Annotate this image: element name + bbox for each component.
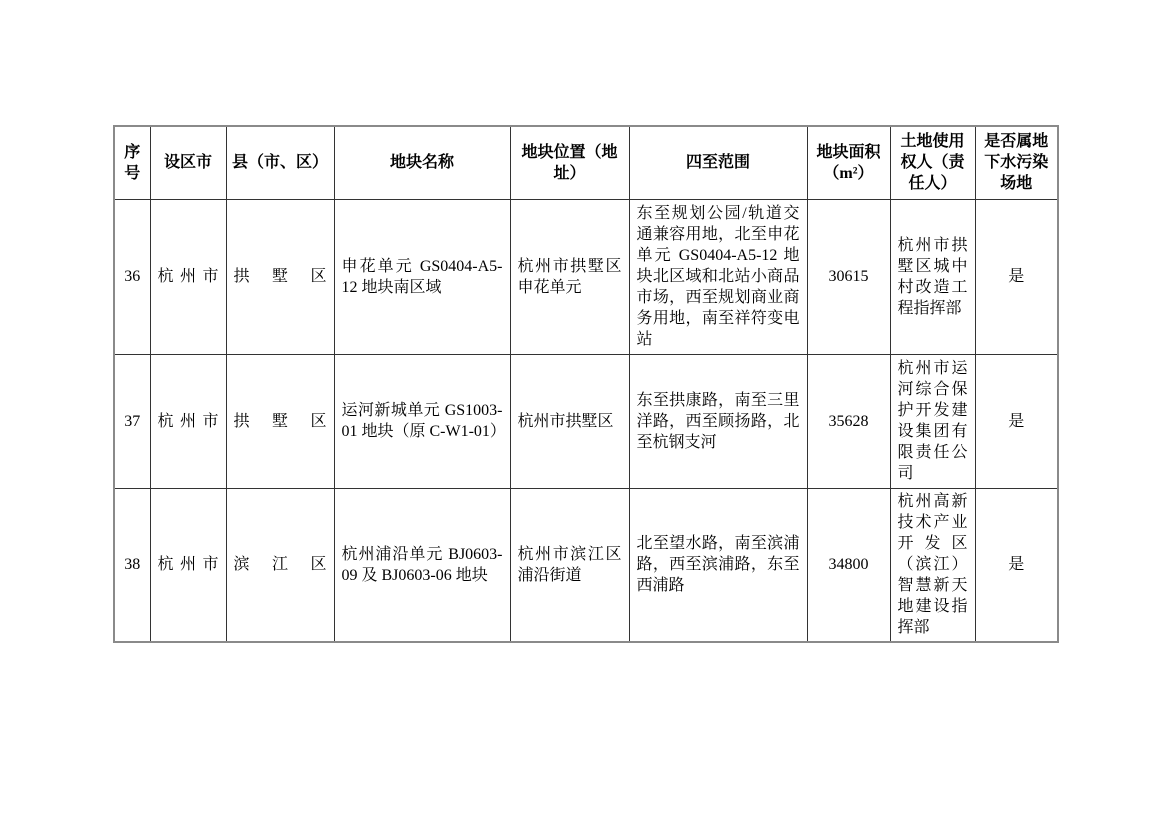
table-row: 37 杭州市 拱墅区 运河新城单元 GS1003-01 地块（原 C-W1-01… — [114, 354, 1058, 488]
cell-parcel-name: 杭州浦沿单元 BJ0603-09 及 BJ0603-06 地块 — [334, 488, 510, 642]
header-city: 设区市 — [150, 126, 226, 199]
cell-parcel-area: 30615 — [807, 199, 890, 354]
cell-boundary: 东至规划公园/轨道交通兼容用地，北至申花单元 GS0404-A5-12 地块北区… — [629, 199, 807, 354]
cell-district: 拱墅区 — [226, 354, 334, 488]
header-land-use-holder: 土地使用权人（责任人） — [890, 126, 975, 199]
header-district: 县（市、区） — [226, 126, 334, 199]
header-parcel-location: 地块位置（地址） — [510, 126, 629, 199]
cell-parcel-area: 35628 — [807, 354, 890, 488]
header-serial-no: 序号 — [114, 126, 150, 199]
cell-city: 杭州市 — [150, 488, 226, 642]
cell-city: 杭州市 — [150, 199, 226, 354]
cell-district: 拱墅区 — [226, 199, 334, 354]
cell-land-use-holder: 杭州市拱墅区城中村改造工程指挥部 — [890, 199, 975, 354]
cell-land-use-holder: 杭州市运河综合保护开发建设集团有限责任公司 — [890, 354, 975, 488]
document-page: 序号 设区市 县（市、区） 地块名称 地块位置（地址） 四至范围 地块面积（m²… — [0, 0, 1169, 826]
header-parcel-name: 地块名称 — [334, 126, 510, 199]
header-parcel-area: 地块面积（m²） — [807, 126, 890, 199]
cell-parcel-name: 申花单元 GS0404-A5-12 地块南区域 — [334, 199, 510, 354]
cell-parcel-name: 运河新城单元 GS1003-01 地块（原 C-W1-01） — [334, 354, 510, 488]
land-parcel-table: 序号 设区市 县（市、区） 地块名称 地块位置（地址） 四至范围 地块面积（m²… — [113, 125, 1059, 643]
cell-land-use-holder: 杭州高新技术产业开发区（滨江）智慧新天地建设指挥部 — [890, 488, 975, 642]
header-boundary: 四至范围 — [629, 126, 807, 199]
cell-serial-no: 37 — [114, 354, 150, 488]
cell-city: 杭州市 — [150, 354, 226, 488]
cell-parcel-area: 34800 — [807, 488, 890, 642]
cell-groundwater-polluted: 是 — [975, 488, 1058, 642]
table-row: 38 杭州市 滨江区 杭州浦沿单元 BJ0603-09 及 BJ0603-06 … — [114, 488, 1058, 642]
cell-groundwater-polluted: 是 — [975, 354, 1058, 488]
cell-parcel-location: 杭州市滨江区浦沿街道 — [510, 488, 629, 642]
cell-groundwater-polluted: 是 — [975, 199, 1058, 354]
cell-boundary: 北至望水路，南至滨浦路，西至滨浦路，东至西浦路 — [629, 488, 807, 642]
cell-serial-no: 38 — [114, 488, 150, 642]
cell-district: 滨江区 — [226, 488, 334, 642]
cell-boundary: 东至拱康路，南至三里洋路，西至顾扬路，北至杭钢支河 — [629, 354, 807, 488]
cell-parcel-location: 杭州市拱墅区 — [510, 354, 629, 488]
cell-serial-no: 36 — [114, 199, 150, 354]
table-row: 36 杭州市 拱墅区 申花单元 GS0404-A5-12 地块南区域 杭州市拱墅… — [114, 199, 1058, 354]
header-groundwater-polluted: 是否属地下水污染场地 — [975, 126, 1058, 199]
table-header-row: 序号 设区市 县（市、区） 地块名称 地块位置（地址） 四至范围 地块面积（m²… — [114, 126, 1058, 199]
cell-parcel-location: 杭州市拱墅区申花单元 — [510, 199, 629, 354]
